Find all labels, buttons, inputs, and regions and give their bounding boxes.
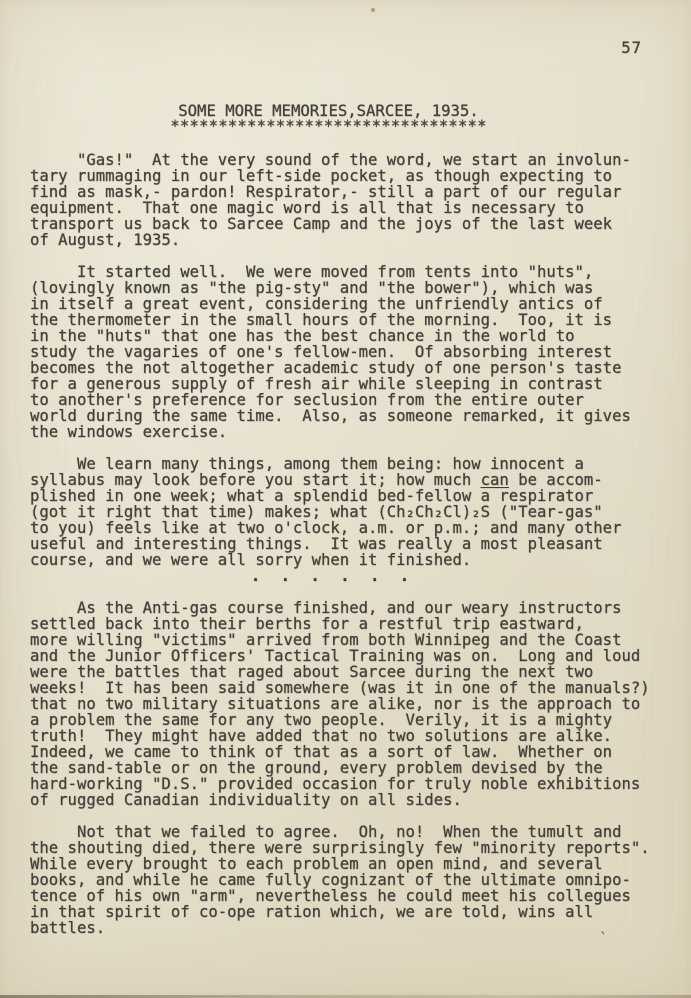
title-underline: ********************************* (0, 119, 657, 134)
paragraph: As the Anti-gas course finished, and our… (30, 600, 665, 808)
paragraph: We learn many things, among them being: … (30, 456, 665, 568)
dust-speck (371, 8, 375, 12)
page-number: 57 (621, 40, 642, 56)
paragraph: Not that we failed to agree. Oh, no! Whe… (30, 824, 665, 936)
document-page: 57 SOME MORE MEMORIES,SARCEE, 1935. ****… (0, 0, 691, 998)
body-text: "Gas!" At the very sound of the word, we… (30, 152, 665, 952)
paragraph: "Gas!" At the very sound of the word, we… (30, 152, 665, 248)
title-block: SOME MORE MEMORIES,SARCEE, 1935. *******… (0, 104, 657, 134)
separator-dots: . . . . . . (30, 568, 631, 584)
paragraph: It started well. We were moved from tent… (30, 264, 665, 440)
